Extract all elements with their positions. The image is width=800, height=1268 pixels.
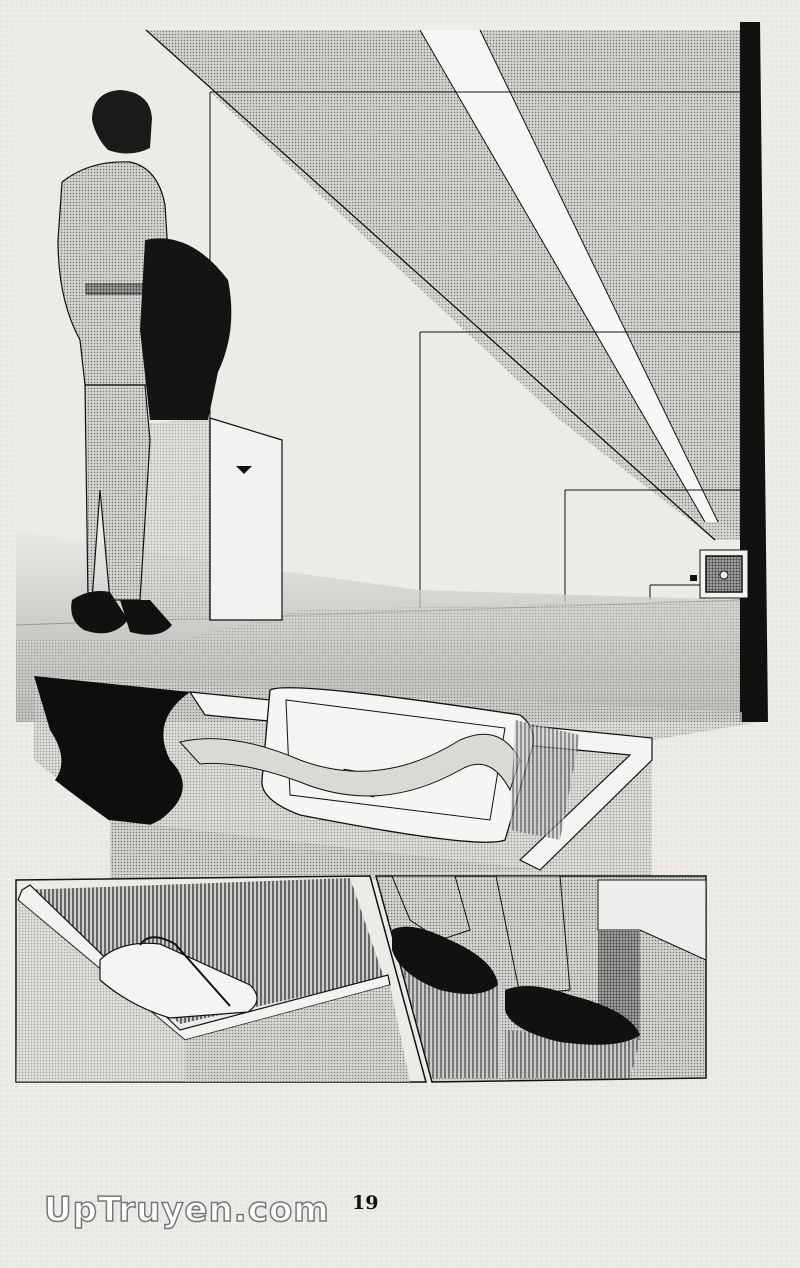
panel-3: [16, 876, 426, 1082]
page-number: 19: [352, 1192, 378, 1214]
watermark-text: UpTruyen.com: [44, 1190, 330, 1230]
manga-page: UpTruyen.com 19: [0, 0, 800, 1268]
panel-1: [16, 22, 768, 722]
panel-4: [376, 876, 706, 1082]
page-artwork: [0, 0, 800, 1268]
